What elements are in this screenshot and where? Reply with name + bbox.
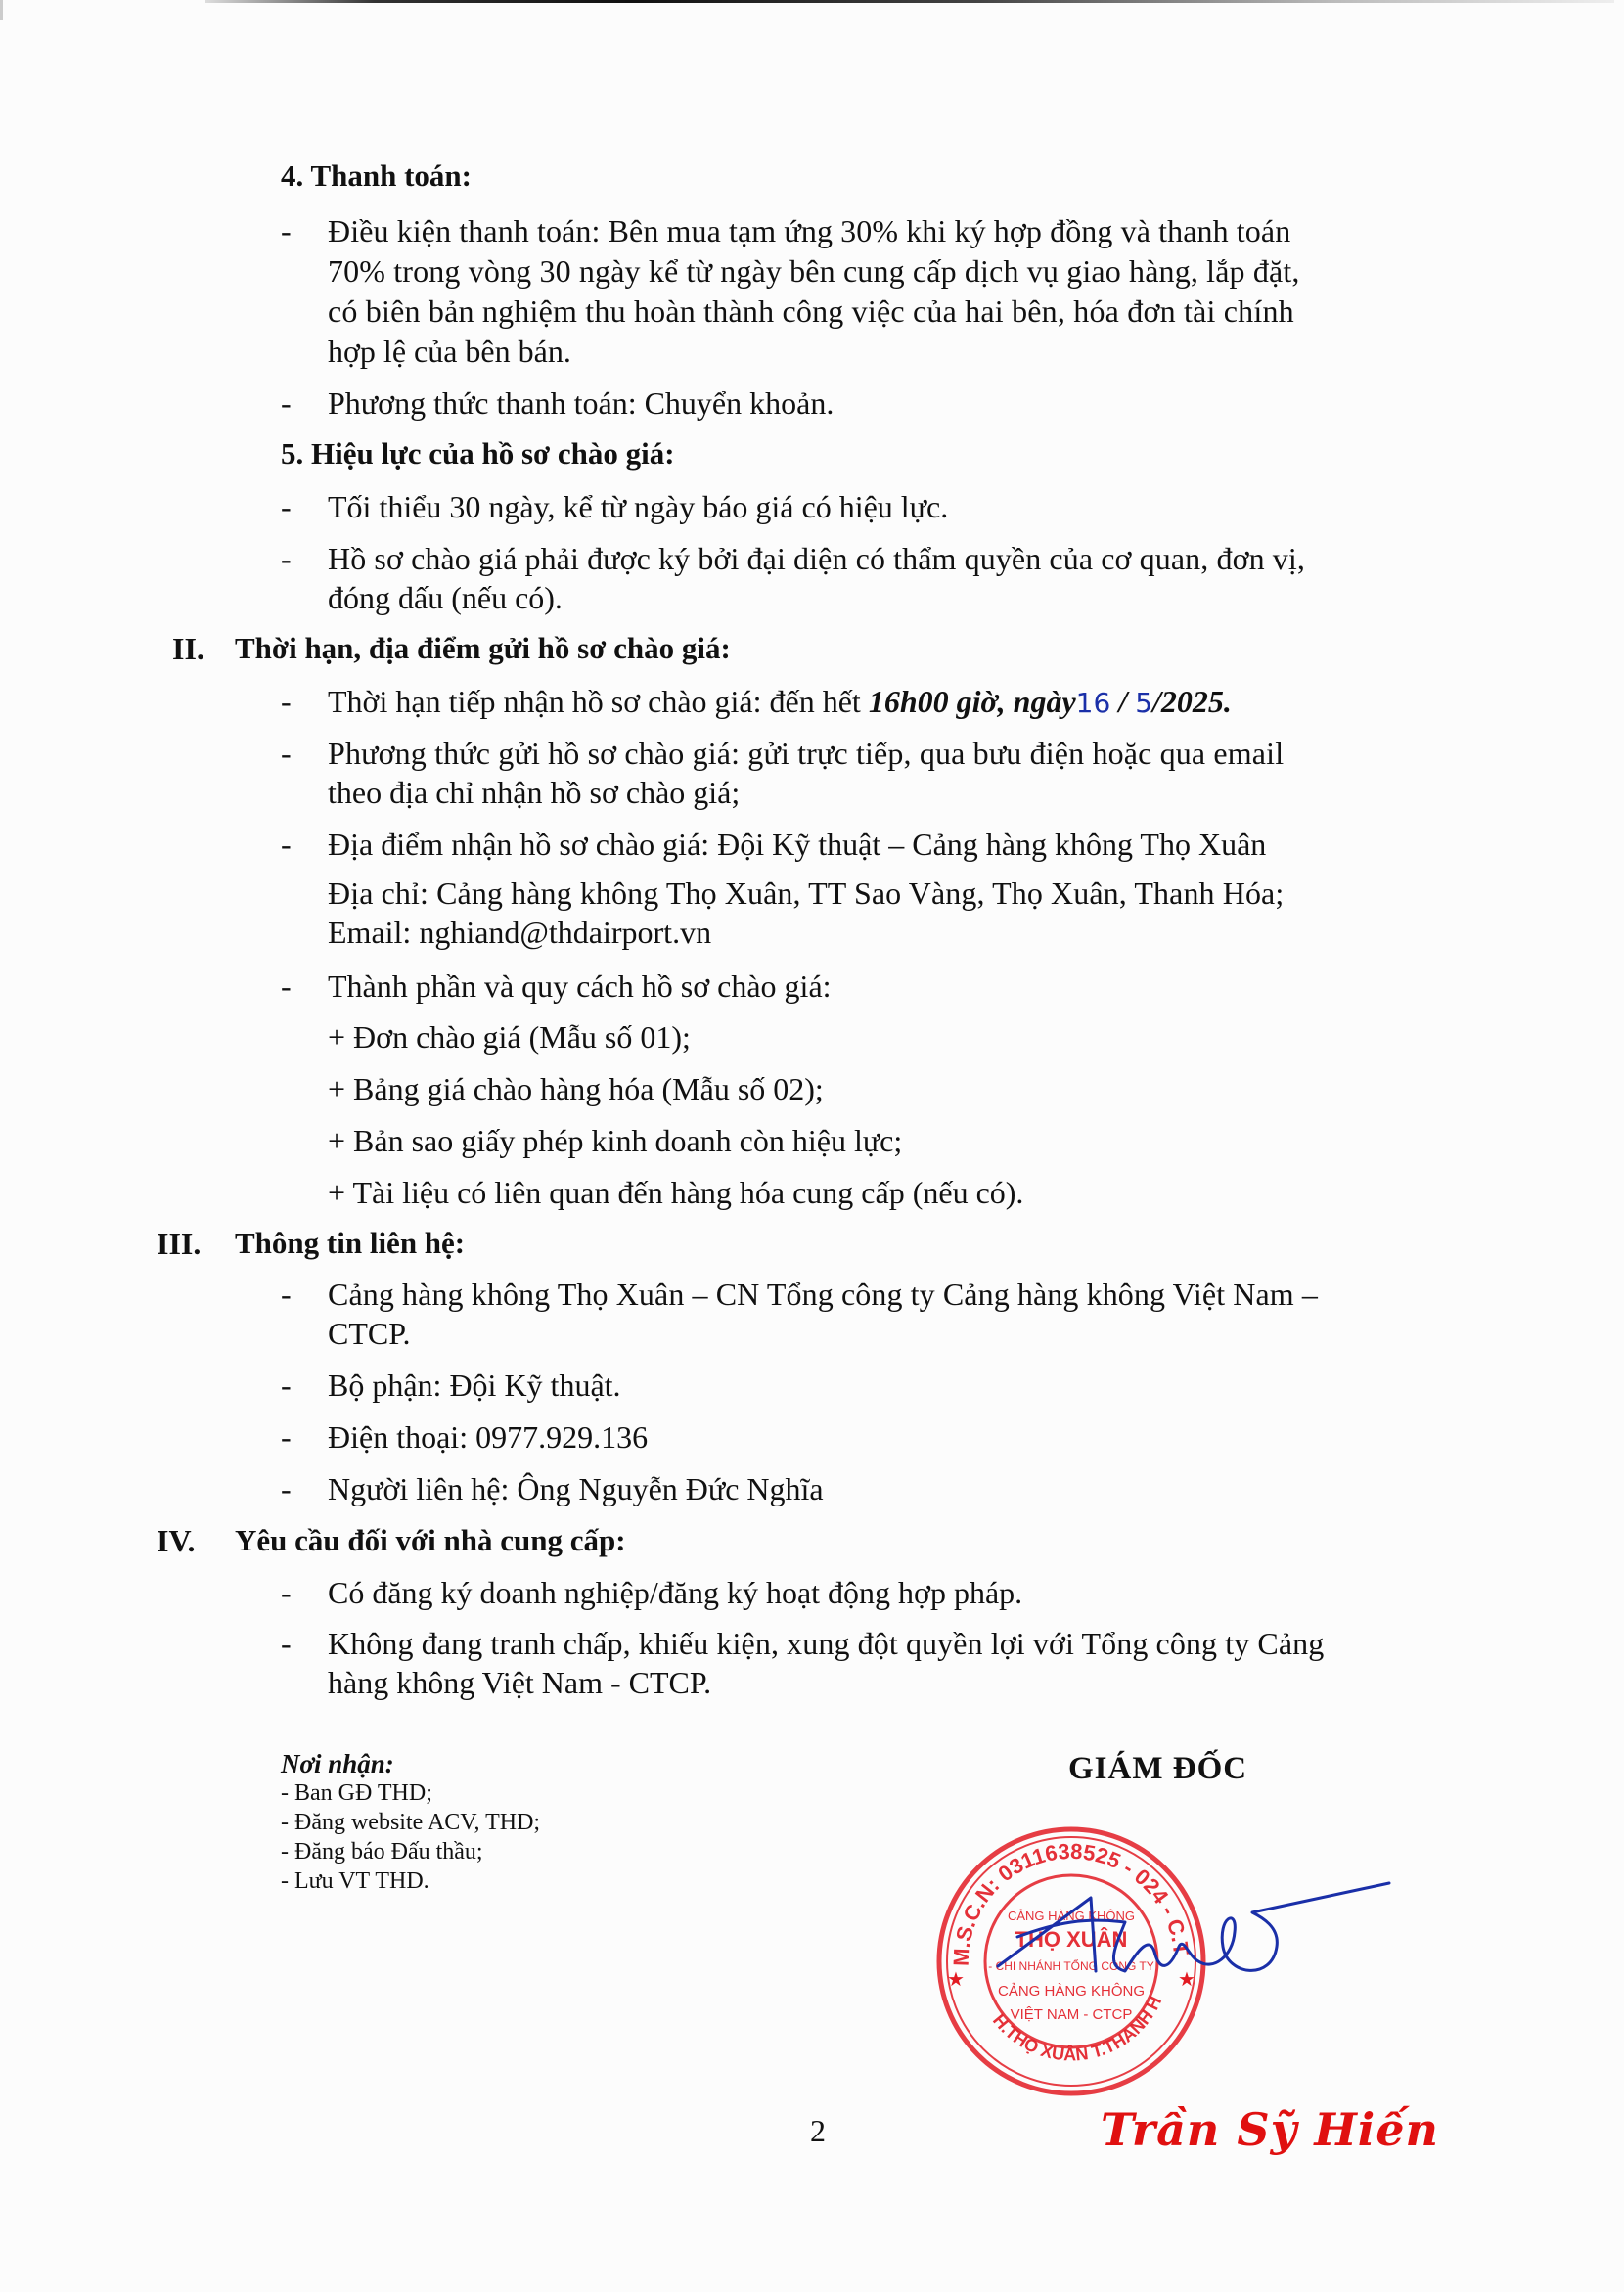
payment-method: Phương thức thanh toán: Chuyển khoản. <box>328 383 834 423</box>
receiving-location: Địa điểm nhận hồ sơ chào giá: Đội Kỹ thu… <box>328 825 1266 864</box>
recipient-item: - Lưu VT THD. <box>281 1866 540 1896</box>
recipients-title: Nơi nhận: <box>281 1749 540 1778</box>
supplier-requirement: Có đăng ký doanh nghiệp/đăng ký hoạt độn… <box>328 1573 1022 1612</box>
payment-terms-line-2: 70% trong vòng 30 ngày kể từ ngày bên cu… <box>328 251 1300 291</box>
section-ii-heading: Thời hạn, địa điểm gửi hồ sơ chào giá: <box>235 629 731 668</box>
component-item: + Bảng giá chào hàng hóa (Mẫu số 02); <box>328 1069 824 1108</box>
components-title: Thành phần và quy cách hồ sơ chào giá: <box>328 966 832 1006</box>
contact-org-line-1: Cảng hàng không Thọ Xuân – CN Tổng công … <box>328 1275 1318 1314</box>
bullet-dash: - <box>281 487 292 526</box>
bullet-dash: - <box>281 1624 292 1663</box>
bullet-dash: - <box>281 383 292 423</box>
receiving-email-line: Email: nghiand@thdairport.vn <box>328 913 711 952</box>
validity-minimum: Tối thiểu 30 ngày, kể từ ngày báo giá có… <box>328 487 948 526</box>
section-iii-number: III. <box>157 1224 201 1263</box>
bullet-dash: - <box>281 211 292 250</box>
date-separator: / <box>1110 684 1135 719</box>
payment-terms-line-4: hợp lệ của bên bán. <box>328 332 571 371</box>
recipient-item: - Ban GĐ THD; <box>281 1778 540 1808</box>
section-iv-heading: Yêu cầu đối với nhà cung cấp: <box>235 1521 626 1560</box>
bullet-dash: - <box>281 825 292 864</box>
stamp-inner-line: VIỆT NAM - CTCP <box>1011 2006 1133 2023</box>
deadline-prefix: Thời hạn tiếp nhận hồ sơ chào giá: đến h… <box>328 684 869 719</box>
contact-department: Bộ phận: Đội Kỹ thuật. <box>328 1366 621 1405</box>
contact-phone: Điện thoại: 0977.929.136 <box>328 1417 648 1457</box>
bullet-dash: - <box>281 1417 292 1457</box>
bullet-dash: - <box>281 734 292 773</box>
scan-edge-left <box>0 0 3 20</box>
email-label: Email: <box>328 915 419 950</box>
page-number: 2 <box>810 2113 826 2149</box>
section-4-heading: 4. Thanh toán: <box>281 157 472 196</box>
recipients-block: Nơi nhận: - Ban GĐ THD; - Đăng website A… <box>281 1749 540 1896</box>
receiving-address: Địa chỉ: Cảng hàng không Thọ Xuân, TT Sa… <box>328 874 1284 913</box>
deadline-time: 16h00 giờ, ngày <box>869 684 1076 719</box>
supplier-requirement-line-1: Không đang tranh chấp, khiếu kiện, xung … <box>328 1624 1324 1663</box>
bullet-dash: - <box>281 1366 292 1405</box>
signer-role: GIÁM ĐỐC <box>1068 1751 1247 1787</box>
signing-requirement-line-2: đóng dấu (nếu có). <box>328 578 563 617</box>
handwritten-month: 5 <box>1135 687 1152 719</box>
svg-text:★: ★ <box>947 1967 965 1991</box>
bullet-dash: - <box>281 682 292 721</box>
signer-name: Trần Sỹ Hiến <box>1101 2103 1439 2156</box>
section-5-heading: 5. Hiệu lực của hồ sơ chào giá: <box>281 434 675 473</box>
payment-terms-line-1: Điều kiện thanh toán: Bên mua tạm ứng 30… <box>328 211 1290 250</box>
contact-person: Người liên hệ: Ông Nguyễn Đức Nghĩa <box>328 1469 824 1508</box>
component-item: + Đơn chào giá (Mẫu số 01); <box>328 1017 691 1056</box>
scan-edge-top <box>205 0 1614 3</box>
recipient-item: - Đăng báo Đấu thầu; <box>281 1837 540 1866</box>
handwritten-signature-icon <box>978 1878 1409 1996</box>
section-iii-heading: Thông tin liên hệ: <box>235 1224 465 1263</box>
signing-requirement-line-1: Hồ sơ chào giá phải được ký bởi đại diện… <box>328 539 1305 578</box>
section-ii-number: II. <box>172 629 204 668</box>
bullet-dash: - <box>281 966 292 1006</box>
deadline-line: Thời hạn tiếp nhận hồ sơ chào giá: đến h… <box>328 682 1232 723</box>
supplier-requirement-line-2: hàng không Việt Nam - CTCP. <box>328 1663 711 1702</box>
submission-method-line-1: Phương thức gửi hồ sơ chào giá: gửi trực… <box>328 734 1284 773</box>
handwritten-day: 16 <box>1076 687 1111 719</box>
bullet-dash: - <box>281 1469 292 1508</box>
submission-method-line-2: theo địa chỉ nhận hồ sơ chào giá; <box>328 773 740 812</box>
component-item: + Tài liệu có liên quan đến hàng hóa cun… <box>328 1173 1023 1212</box>
recipient-item: - Đăng website ACV, THD; <box>281 1808 540 1837</box>
section-iv-number: IV. <box>157 1521 195 1560</box>
contact-org-line-2: CTCP. <box>328 1314 410 1353</box>
bullet-dash: - <box>281 539 292 578</box>
email-address: nghiand@thdairport.vn <box>419 915 711 950</box>
payment-terms-line-3: có biên bản nghiệm thu hoàn thành công v… <box>328 292 1294 331</box>
deadline-year: /2025. <box>1152 684 1232 719</box>
component-item: + Bản sao giấy phép kinh doanh còn hiệu … <box>328 1121 902 1160</box>
bullet-dash: - <box>281 1573 292 1612</box>
bullet-dash: - <box>281 1275 292 1314</box>
